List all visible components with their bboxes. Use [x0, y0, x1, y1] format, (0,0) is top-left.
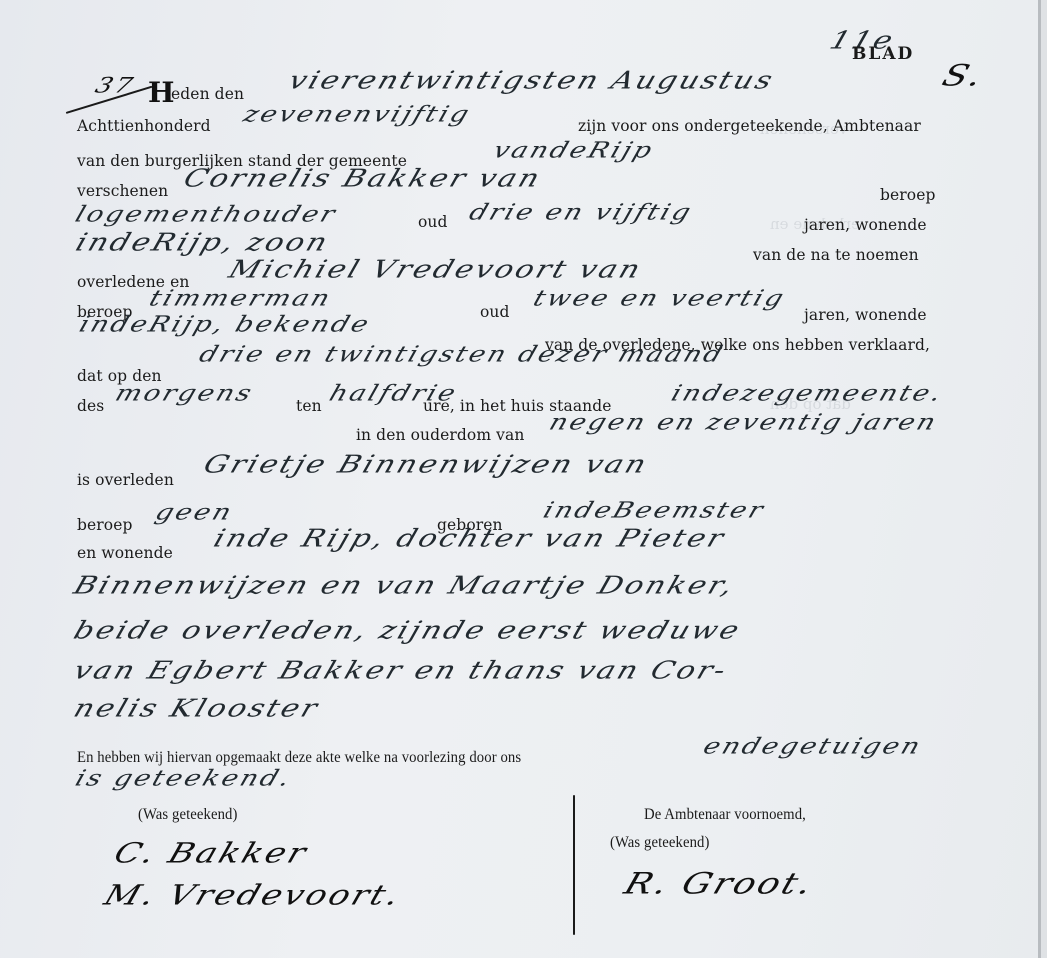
handwritten-birthplace: indeBeemster: [540, 498, 769, 523]
printed-text: Achttienhonderd: [77, 117, 211, 135]
handwritten-declarant: Cornelis Bakker van: [180, 164, 545, 193]
handwritten-signed: is geteekend.: [72, 766, 296, 791]
handwritten-occupation: logementhouder: [72, 202, 340, 227]
was-signed-label-left: (Was geteekend): [138, 806, 238, 824]
handwritten-parents: Binnenwijzen en van Maartje Donker,: [70, 571, 739, 600]
printed-text: oud: [480, 303, 510, 321]
printed-text: jaren, wonende: [804, 216, 927, 234]
handwritten-residence: indeRijp, zoon: [72, 228, 333, 257]
handwritten-occupation: timmerman: [146, 286, 335, 311]
printed-text: is overleden: [77, 471, 174, 489]
printed-text: ten: [296, 397, 322, 415]
sheet-label: BLAD: [852, 44, 914, 64]
margin-mark: S.: [938, 59, 989, 93]
printed-text: van de na te noemen: [753, 246, 919, 264]
handwritten-death-date: drie en twintigsten dezer maand: [196, 342, 728, 367]
signature-divider: [573, 795, 575, 935]
printed-text: zijn voor ons ondergeteekende, Ambtenaar: [578, 117, 921, 135]
printed-text: eden den: [171, 85, 244, 103]
handwritten-occupation: geen: [152, 500, 237, 525]
record-number: 37: [92, 73, 138, 98]
handwritten-witness: Michiel Vredevoort van: [225, 255, 646, 284]
handwritten-municipality: vandeRijp: [490, 138, 657, 163]
handwritten-spouses: van Egbert Bakker en thans van Cor-: [70, 656, 732, 685]
handwritten-age: twee en veertig: [530, 286, 789, 311]
printed-text: beroep: [880, 186, 936, 204]
printed-text: oud: [418, 213, 448, 231]
page-edge-line: [1038, 0, 1041, 958]
printed-text: in den ouderdom van: [356, 426, 524, 444]
printed-text: En hebben wij hiervan opgemaakt deze akt…: [77, 749, 521, 767]
handwritten-year: zevenenvijftig: [240, 102, 474, 127]
printed-text: beroep: [77, 516, 133, 534]
handwritten-residence-parents: inde Rijp, dochter van Pieter: [210, 524, 729, 553]
page-edge: [1041, 0, 1047, 958]
handwritten-age: drie en vijftig: [466, 200, 696, 225]
handwritten-status: beide overleden, zijnde eerst weduwe: [70, 616, 745, 645]
handwritten-time-of-day: morgens: [112, 381, 257, 406]
official-heading: De Ambtenaar voornoemd,: [644, 806, 806, 824]
signature-bakker: C. Bakker: [110, 837, 312, 870]
signature-vredevoort: M. Vredevoort.: [100, 879, 406, 912]
printed-text: jaren, wonende: [804, 306, 927, 324]
handwritten-age-deceased: negen en zeventig jaren: [546, 410, 941, 435]
handwritten-deceased-name: Grietje Binnenwijzen van: [200, 450, 652, 479]
signature-groot: R. Groot.: [620, 867, 819, 901]
printed-text: en wonende: [77, 544, 173, 562]
handwritten-date: vierentwintigsten Augustus: [285, 66, 778, 95]
document-page: verschenen overledene en dat op den 11e …: [0, 0, 1047, 958]
handwritten-residence: indeRijp, bekende: [76, 312, 374, 337]
printed-text: verschenen: [77, 182, 168, 200]
handwritten-spouses-cont: nelis Klooster: [70, 694, 323, 723]
handwritten-place: indezegemeente.: [668, 381, 947, 406]
printed-text: des: [77, 397, 104, 415]
handwritten-witnesses: endegetuigen: [700, 734, 926, 759]
was-signed-label-right: (Was geteekend): [610, 834, 710, 852]
